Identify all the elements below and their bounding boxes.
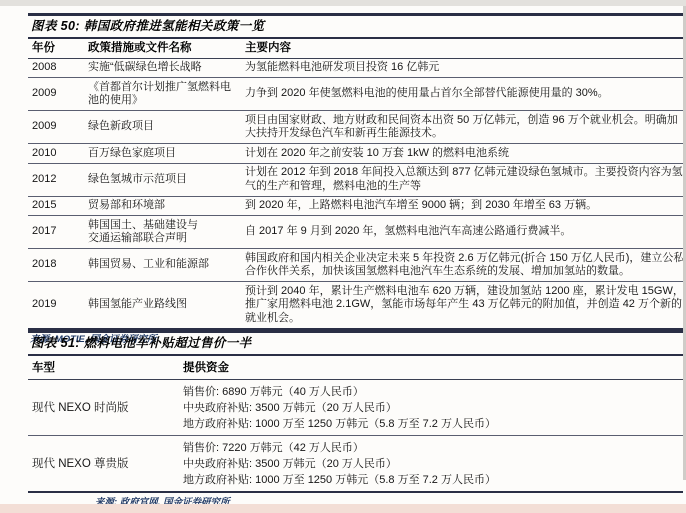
policy-cell: 《首都首尔计划推广氢燃料电 池的使用》 (88, 78, 245, 110)
policy-table-row: 2009 《首都首尔计划推广氢燃料电 池的使用》 力争到 2020 年使氢燃料电… (28, 78, 686, 111)
funds-cell: 销售价: 6890 万韩元（40 万人民币） 中央政府补贴: 3500 万韩元（… (175, 380, 683, 435)
page-top-strip (0, 0, 686, 6)
policy-table: 年份 政策措施或文件名称 主要内容 2008 实施“低碳绿色增长战略 为氢能燃料… (28, 39, 686, 330)
content-cell: 力争到 2020 年使氢燃料电池的使用量占首尔全部替代能源使用量的 30%。 (245, 85, 686, 104)
content-cell: 为氢能燃料电池研发项目投资 16 亿韩元 (245, 59, 686, 78)
column-header-year: 年份 (28, 39, 88, 58)
figure-50-title: 图表 50: 韩国政府推进氢能相关政策一览 (28, 13, 686, 39)
report-page: 图表 50: 韩国政府推进氢能相关政策一览 年份 政策措施或文件名称 主要内容 … (0, 0, 686, 513)
year-cell: 2010 (28, 144, 88, 163)
year-cell: 2009 (28, 85, 88, 104)
policy-cell: 贸易部和环境部 (88, 197, 245, 216)
policy-cell: 实施“低碳绿色增长战略 (88, 59, 245, 78)
year-cell: 2009 (28, 118, 88, 137)
policy-table-row: 2012 绿色氢城市示范项目 计划在 2012 年到 2018 年间投入总额达到… (28, 164, 686, 197)
policy-table-row: 2008 实施“低碳绿色增长战略 为氢能燃料电池研发项目投资 16 亿韩元 (28, 59, 686, 79)
policy-cell: 韩国氢能产业路线图 (88, 296, 245, 315)
year-cell: 2017 (28, 223, 88, 242)
content-cell: 韩国政府和国内相关企业决定未来 5 年投资 2.6 万亿韩元(折合 150 万亿… (245, 249, 686, 281)
year-cell: 2008 (28, 59, 88, 78)
policy-cell: 绿色氢城市示范项目 (88, 170, 245, 189)
policy-table-row: 2019 韩国氢能产业路线图 预计到 2040 年，累计生产燃料电池车 620 … (28, 282, 686, 330)
policy-table-row: 2010 百万绿色家庭项目 计划在 2020 年之前安装 10 万套 1kW 的… (28, 144, 686, 164)
subsidy-table-row: 现代 NEXO 尊贵版 销售价: 7220 万韩元（42 万人民币） 中央政府补… (28, 436, 683, 493)
year-cell: 2012 (28, 170, 88, 189)
funds-cell: 销售价: 7220 万韩元（42 万人民币） 中央政府补贴: 3500 万韩元（… (175, 436, 683, 491)
content-cell: 项目由国家财政、地方财政和民间资本出资 50 万亿韩元，创造 96 万个就业机会… (245, 111, 686, 143)
policy-cell: 绿色新政项目 (88, 118, 245, 137)
subsidy-table: 车型 提供资金 现代 NEXO 时尚版 销售价: 6890 万韩元（40 万人民… (28, 356, 683, 493)
column-header-content: 主要内容 (245, 39, 686, 58)
policy-table-row: 2018 韩国贸易、工业和能源部 韩国政府和国内相关企业决定未来 5 年投资 2… (28, 249, 686, 282)
subsidy-table-row: 现代 NEXO 时尚版 销售价: 6890 万韩元（40 万人民币） 中央政府补… (28, 380, 683, 436)
model-cell: 现代 NEXO 时尚版 (28, 396, 175, 419)
column-header-model: 车型 (28, 356, 175, 379)
figure-51-title: 图表 51: 燃料电池车补贴超过售价一半 (28, 330, 683, 356)
year-cell: 2018 (28, 256, 88, 275)
policy-cell: 百万绿色家庭项目 (88, 144, 245, 163)
policy-cell: 韩国国土、基础建设与 交通运输部联合声明 (88, 216, 245, 248)
policy-table-row: 2009 绿色新政项目 项目由国家财政、地方财政和民间资本出资 50 万亿韩元，… (28, 111, 686, 144)
column-header-policy: 政策措施或文件名称 (88, 39, 245, 58)
figure-50-section: 图表 50: 韩国政府推进氢能相关政策一览 年份 政策措施或文件名称 主要内容 … (28, 13, 686, 346)
content-cell: 自 2017 年 9 月到 2020 年，氢燃料电池汽车高速公路通行费减半。 (245, 223, 686, 242)
year-cell: 2019 (28, 296, 88, 315)
subsidy-table-header-row: 车型 提供资金 (28, 356, 683, 380)
policy-cell: 韩国贸易、工业和能源部 (88, 256, 245, 275)
content-cell: 计划在 2020 年之前安装 10 万套 1kW 的燃料电池系统 (245, 144, 686, 163)
page-bottom-strip (0, 504, 686, 513)
model-cell: 现代 NEXO 尊贵版 (28, 452, 175, 475)
content-cell: 到 2020 年，上路燃料电池汽车增至 9000 辆；到 2030 年增至 63… (245, 197, 686, 216)
policy-table-header-row: 年份 政策措施或文件名称 主要内容 (28, 39, 686, 59)
content-cell: 计划在 2012 年到 2018 年间投入总额达到 877 亿韩元建设绿色氢城市… (245, 164, 686, 196)
content-cell: 预计到 2040 年，累计生产燃料电池车 620 万辆，建设加氢站 1200 座… (245, 282, 686, 328)
column-header-funds: 提供资金 (175, 356, 683, 379)
year-cell: 2015 (28, 197, 88, 216)
policy-table-row: 2017 韩国国土、基础建设与 交通运输部联合声明 自 2017 年 9 月到 … (28, 216, 686, 249)
figure-51-section: 图表 51: 燃料电池车补贴超过售价一半 车型 提供资金 现代 NEXO 时尚版… (28, 330, 683, 509)
policy-table-row: 2015 贸易部和环境部 到 2020 年，上路燃料电池汽车增至 9000 辆；… (28, 197, 686, 217)
